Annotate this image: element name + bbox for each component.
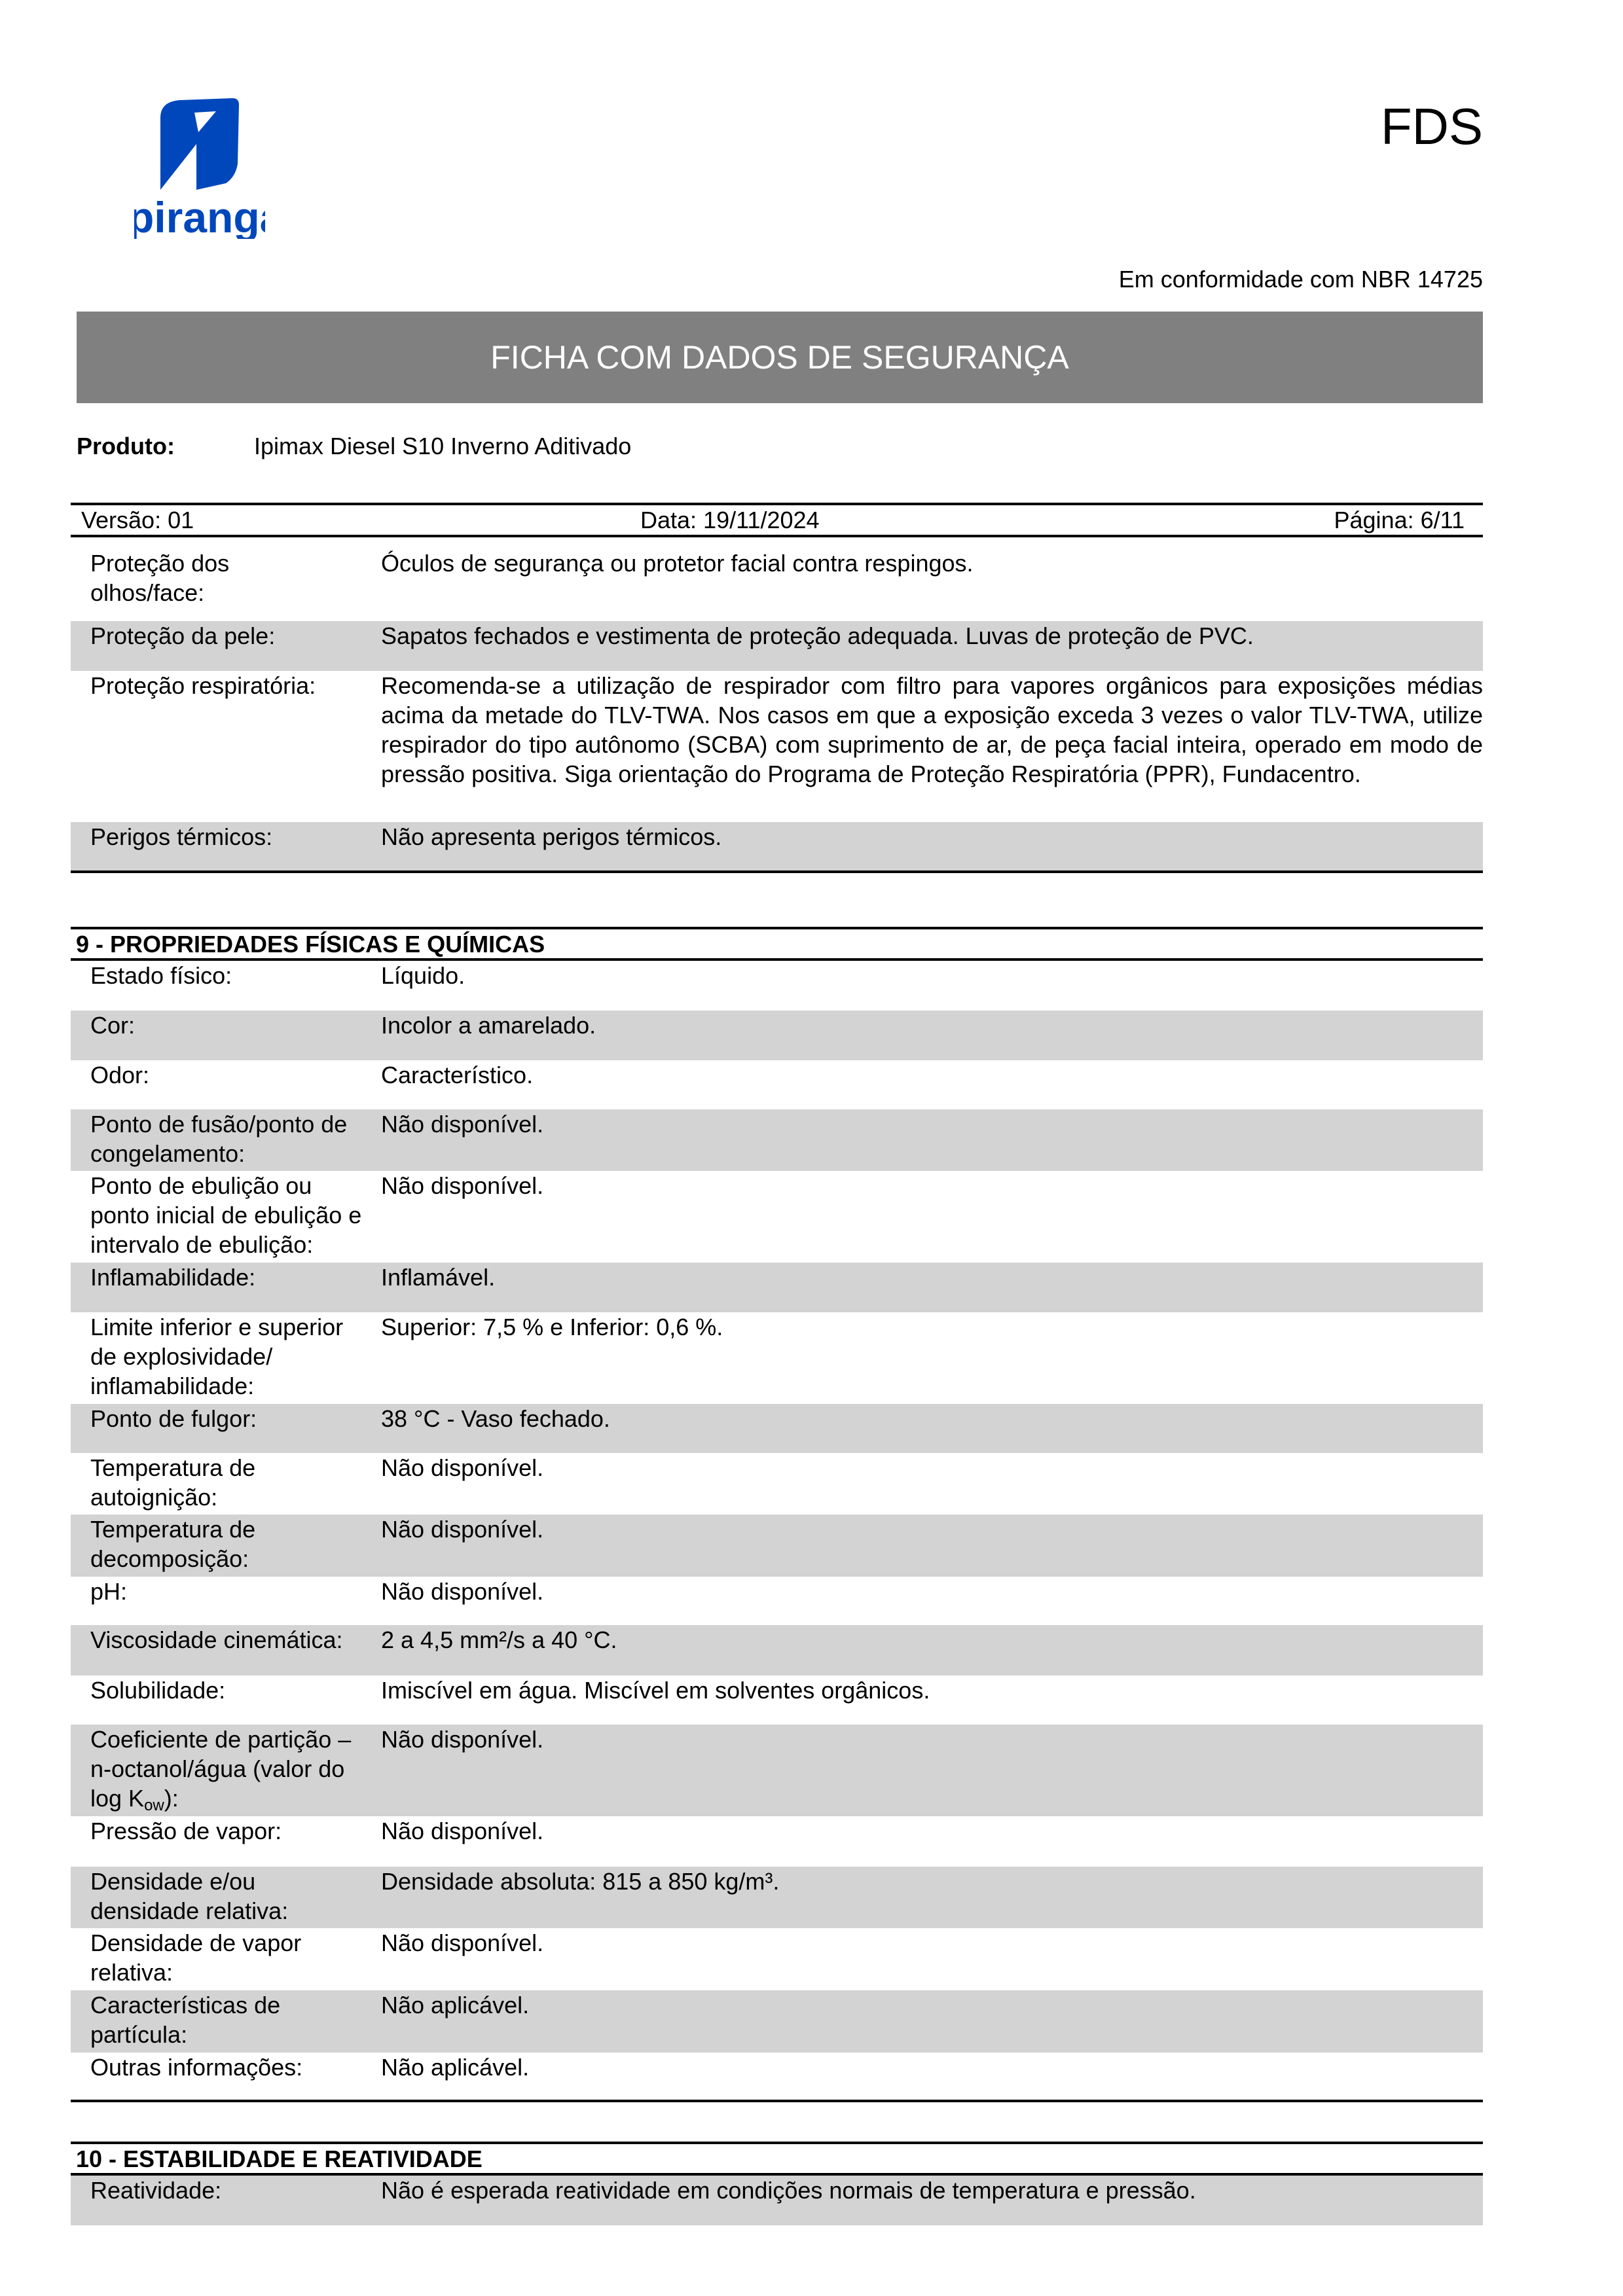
row-label: Proteção respiratória: [90,671,365,700]
row-label: Temperatura de decomposição: [90,1515,365,1573]
table-row: Outras informações:Não aplicável. [71,2053,1483,2103]
row-label: Densidade e/ou densidade relativa: [90,1867,365,1926]
table-row: Ponto de fulgor:38 °C - Vaso fechado. [71,1404,1483,1453]
version: Versão: 01 [81,505,194,535]
svg-text:Ipiranga: Ipiranga [134,193,265,239]
label-tail: ): [164,1785,179,1812]
table-row: Solubilidade:Imiscível em água. Miscível… [71,1676,1483,1725]
row-label: Viscosidade cinemática: [90,1625,365,1655]
table-row: Coeficiente de partição – n-octanol/água… [71,1725,1483,1816]
row-value: Superior: 7,5 % e Inferior: 0,6 %. [381,1312,1483,1342]
row-value: Não disponível. [381,1577,1483,1606]
section-title: 10 - ESTABILIDADE E REATIVIDADE [76,2144,483,2174]
row-value: 2 a 4,5 mm²/s a 40 °C. [381,1625,1483,1655]
row-value: Não disponível. [381,1928,1483,1958]
table-row: Cor:Incolor a amarelado. [71,1011,1483,1060]
row-label: Ponto de fusão/ponto de congelamento: [90,1109,365,1168]
row-label: Proteção dos olhos/face: [90,548,261,607]
row-value: Não aplicável. [381,1990,1483,2020]
row-value: Não disponível. [381,1515,1483,1544]
table-row: Temperatura de autoignição:Não disponíve… [71,1453,1483,1515]
table-row: Viscosidade cinemática:2 a 4,5 mm²/s a 4… [71,1625,1483,1676]
row-value: Densidade absoluta: 815 a 850 kg/m³. [381,1867,1483,1896]
table-row: Características de partícula:Não aplicáv… [71,1990,1483,2053]
row-label: Estado físico: [90,961,365,990]
ipiranga-logo: Ipiranga [134,98,265,239]
row-label: Pressão de vapor: [90,1816,365,1846]
table-row: Densidade e/ou densidade relativa:Densid… [71,1867,1483,1928]
table-row: Estado físico:Líquido. [71,961,1483,1011]
row-label: Densidade de vapor relativa: [90,1928,365,1987]
row-value: Não apresenta perigos térmicos. [381,822,1483,852]
product-label: Produto: [77,432,175,461]
row-label: Características de partícula: [90,1990,365,2049]
row-value: Não disponível. [381,1725,1483,1754]
row-value: Não aplicável. [381,2053,1483,2082]
row-label: Odor: [90,1060,365,1090]
table-row: Proteção dos olhos/face: Óculos de segur… [71,548,1483,621]
row-value: Não disponível. [381,1171,1483,1200]
table-row: Perigos térmicos: Não apresenta perigos … [71,822,1483,870]
row-label: Limite inferior e superior de explosivid… [90,1312,365,1401]
row-label: Ponto de fulgor: [90,1404,365,1433]
table-row: Ponto de fusão/ponto de congelamento:Não… [71,1109,1483,1171]
row-value: Não disponível. [381,1109,1483,1139]
row-label: Proteção da pele: [90,621,365,651]
page-number: Página: 6/11 [1334,505,1465,535]
row-label: Temperatura de autoignição: [90,1453,365,1512]
table-row: Inflamabilidade:Inflamável. [71,1263,1483,1312]
conformity-note: Em conformidade com NBR 14725 [1119,265,1483,294]
row-label: Coeficiente de partição – n-octanol/água… [90,1725,365,1820]
row-value: 38 °C - Vaso fechado. [381,1404,1483,1433]
row-label: Solubilidade: [90,1676,365,1705]
row-label: Reatividade: [90,2176,365,2205]
table-row: Reatividade: Não é esperada reatividade … [71,2176,1483,2225]
document-title: FICHA COM DADOS DE SEGURANÇA [490,338,1068,376]
row-value: Sapatos fechados e vestimenta de proteçã… [381,621,1483,651]
row-value: Não é esperada reatividade em condições … [381,2176,1483,2205]
table-row: Temperatura de decomposição:Não disponív… [71,1515,1483,1577]
document-meta-row: Versão: 01 Data: 19/11/2024 Página: 6/11 [71,503,1483,537]
label-main: Coeficiente de partição – n-octanol/água… [90,1726,351,1812]
table-row: Proteção da pele: Sapatos fechados e ves… [71,621,1483,671]
date: Data: 19/11/2024 [640,505,820,535]
row-label: Outras informações: [90,2053,365,2082]
document-code: FDS [1381,97,1483,156]
section-divider [71,2100,1483,2102]
row-value: Não disponível. [381,1453,1483,1482]
product-name: Ipimax Diesel S10 Inverno Aditivado [254,432,631,461]
row-value: Óculos de segurança ou protetor facial c… [381,548,1483,578]
row-label: Inflamabilidade: [90,1263,365,1292]
row-label: Cor: [90,1011,365,1040]
table-row: Ponto de ebulição ou ponto inicial de eb… [71,1171,1483,1263]
row-label: Perigos térmicos: [90,822,365,852]
label-subscript: ow [144,1797,164,1814]
table-row: Odor:Característico. [71,1060,1483,1109]
row-value: Recomenda-se a utilização de respirador … [381,671,1483,789]
row-label: pH: [90,1577,365,1606]
row-value: Não disponível. [381,1816,1483,1846]
table-row: Limite inferior e superior de explosivid… [71,1312,1483,1404]
table-row: Pressão de vapor:Não disponível. [71,1816,1483,1867]
table-row: pH:Não disponível. [71,1577,1483,1625]
table-row: Proteção respiratória: Recomenda-se a ut… [71,671,1483,822]
document-title-bar: FICHA COM DADOS DE SEGURANÇA [77,312,1483,403]
row-value: Imiscível em água. Miscível em solventes… [381,1676,1483,1705]
section-divider [71,870,1483,873]
table-row: Densidade de vapor relativa:Não disponív… [71,1928,1483,1990]
ipiranga-mark-icon: Ipiranga [134,98,265,239]
section-title: 9 - PROPRIEDADES FÍSICAS E QUÍMICAS [76,929,545,959]
row-value: Característico. [381,1060,1483,1090]
row-label: Ponto de ebulição ou ponto inicial de eb… [90,1171,365,1259]
row-value: Inflamável. [381,1263,1483,1292]
row-value: Líquido. [381,961,1483,990]
row-value: Incolor a amarelado. [381,1011,1483,1040]
